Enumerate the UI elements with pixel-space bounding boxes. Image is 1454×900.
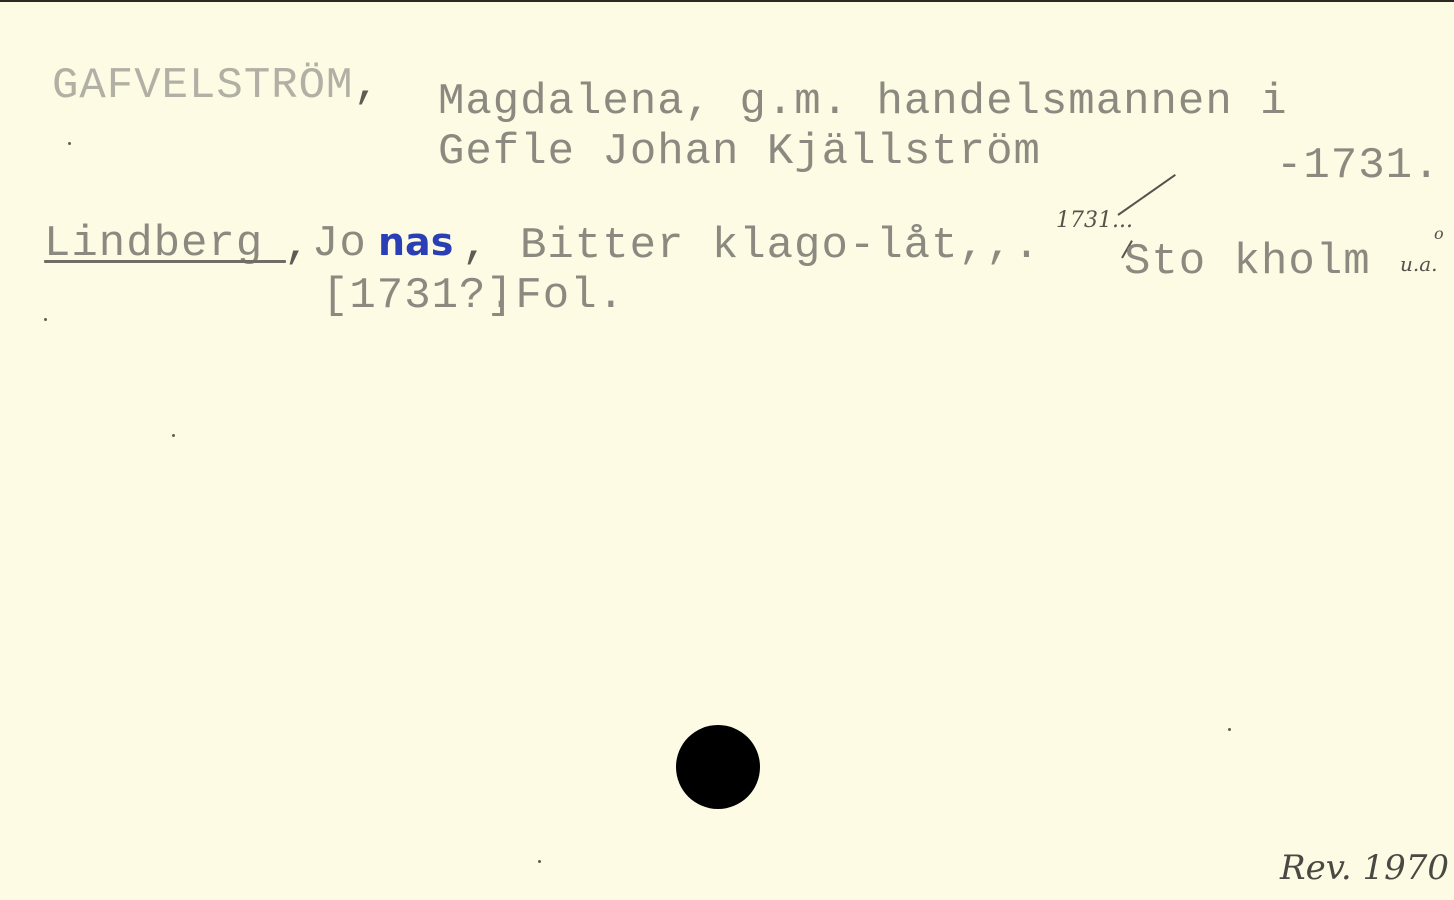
entry1-line2: Gefle Johan Kjällström [438,130,1041,174]
entry2-author-given-handwritten: nas [378,220,453,264]
entry2-author-given-typed: Jo [312,222,367,266]
entry2-place: Sto kholm [1124,240,1371,284]
entry2-title: Bitter klago-låt,,. [520,224,1041,268]
entry2-author-sep: , [284,224,311,268]
punch-hole [676,725,760,809]
speck [68,142,71,145]
entry2-date-bracket: [1731?] [322,274,514,318]
entry1-line1: Magdalena, g.m. handelsmannen i [438,80,1288,124]
speck [44,318,47,321]
entry1-date: -1731. [1276,144,1440,188]
speck [1228,728,1231,731]
author-underline [44,260,286,263]
entry1-heading: GAFVELSTRÖM, [52,64,381,108]
speck [172,434,175,437]
handwritten-place-suffix: u.a. [1400,252,1438,276]
entry2-format: .Fol. [488,274,625,318]
speck [538,860,541,863]
entry2-author-after: , [462,224,489,268]
insert-mark [1117,174,1175,216]
handwritten-ring: o [1434,224,1444,243]
revision-note: Rev. 1970 [1280,848,1449,888]
catalog-card: GAFVELSTRÖM, Magdalena, g.m. handelsmann… [0,2,1454,900]
